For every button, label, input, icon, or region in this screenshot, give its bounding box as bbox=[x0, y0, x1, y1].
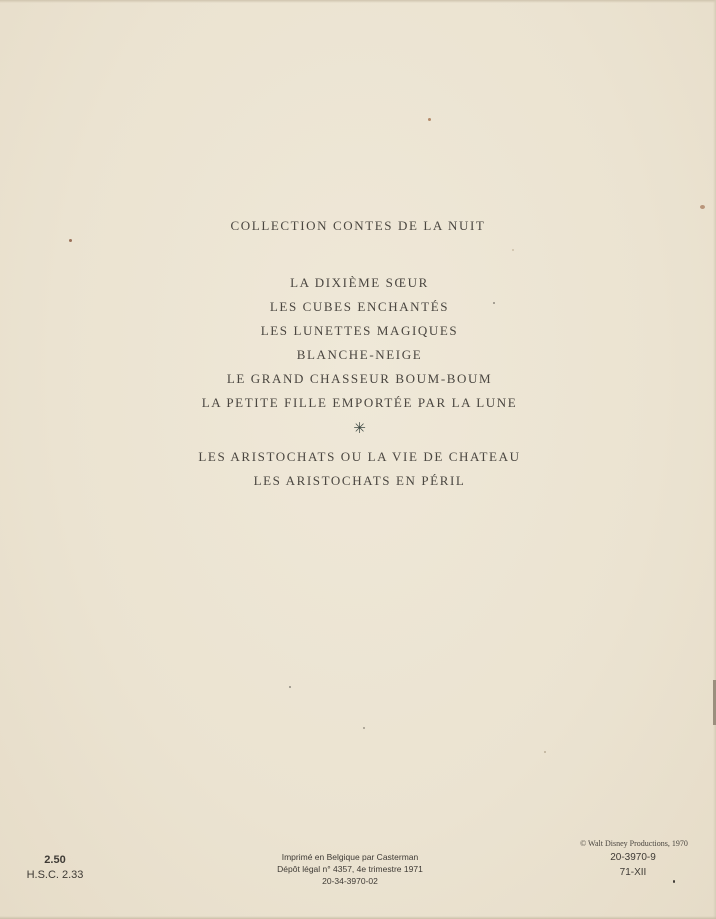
title-list-aristochats: LES ARISTOCHATS OU LA VIE DE CHATEAU LES… bbox=[0, 448, 716, 496]
paper-speck bbox=[700, 205, 705, 209]
printer-info: Imprimé en Belgique par Casterman Dépôt … bbox=[250, 851, 450, 887]
copyright-notice: © Walt Disney Productions, 1970 bbox=[552, 838, 716, 850]
book-title: LES CUBES ENCHANTÉS bbox=[0, 298, 716, 322]
paper-speck bbox=[289, 686, 291, 688]
asterisk-ornament-icon: ✳ bbox=[0, 419, 716, 437]
price-value: 2.50 bbox=[15, 853, 95, 868]
book-back-cover: COLLECTION CONTES DE LA NUIT LA DIXIÈME … bbox=[0, 0, 716, 919]
collection-title: COLLECTION CONTES DE LA NUIT bbox=[0, 218, 716, 234]
book-title: BLANCHE-NEIGE bbox=[0, 346, 716, 370]
title-list: LA DIXIÈME SŒUR LES CUBES ENCHANTÉS LES … bbox=[0, 274, 716, 418]
paper-speck bbox=[512, 249, 514, 251]
paper-speck bbox=[544, 751, 546, 753]
book-title: LA DIXIÈME SŒUR bbox=[0, 274, 716, 298]
print-run-code: 71-XII bbox=[550, 865, 716, 880]
paper-speck bbox=[363, 727, 365, 729]
catalog-code: 20-3970-9 bbox=[550, 850, 716, 865]
printer-line: Imprimé en Belgique par Casterman bbox=[250, 851, 450, 863]
rights-info: © Walt Disney Productions, 1970 20-3970-… bbox=[560, 838, 716, 880]
book-title: LES ARISTOCHATS EN PÉRIL bbox=[0, 472, 716, 496]
price-block: 2.50 H.S.C. 2.33 bbox=[15, 853, 95, 883]
book-title: LE GRAND CHASSEUR BOUM-BOUM bbox=[0, 370, 716, 394]
price-code: H.S.C. 2.33 bbox=[15, 868, 95, 883]
printer-code: 20-34-3970-02 bbox=[250, 875, 450, 887]
book-title: LES ARISTOCHATS OU LA VIE DE CHATEAU bbox=[0, 448, 716, 472]
paper-speck bbox=[69, 239, 72, 242]
legal-deposit-line: Dépôt légal n° 4357, 4e trimestre 1971 bbox=[250, 863, 450, 875]
paper-speck bbox=[428, 118, 431, 121]
book-title: LES LUNETTES MAGIQUES bbox=[0, 322, 716, 346]
paper-speck bbox=[673, 880, 675, 883]
paper-top-edge bbox=[0, 0, 716, 3]
book-title: LA PETITE FILLE EMPORTÉE PAR LA LUNE bbox=[0, 394, 716, 418]
